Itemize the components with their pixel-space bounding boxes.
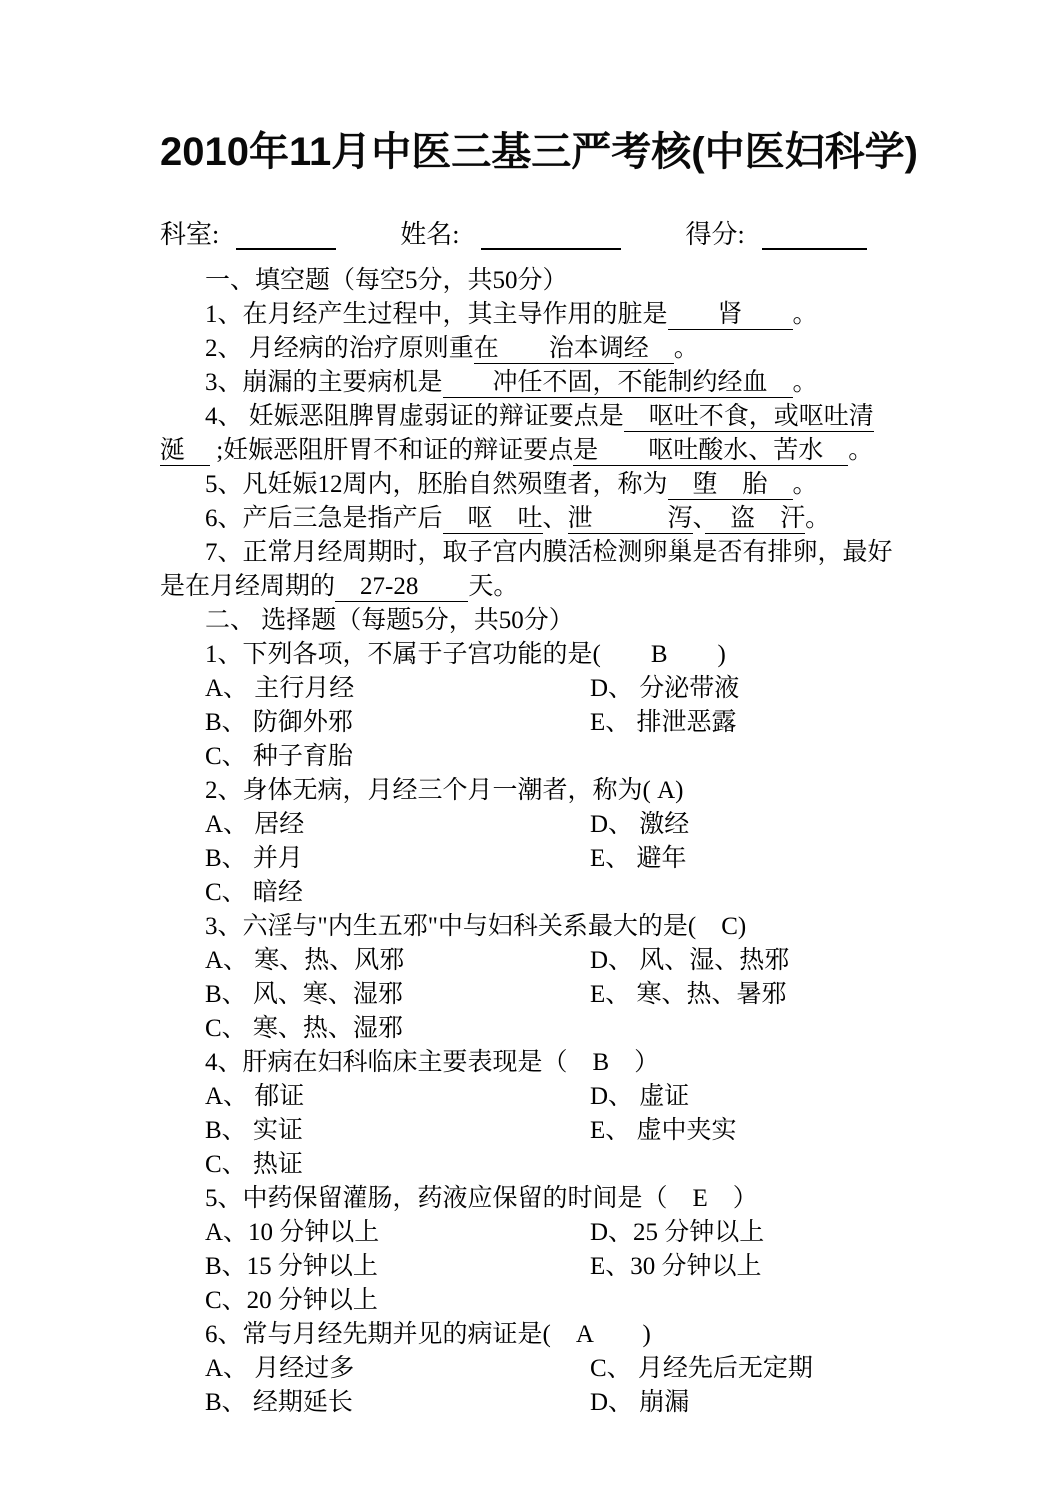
- document-title: 2010年11月中医三基三严考核(中医妇科学): [160, 128, 910, 176]
- choice-q1-row-1: A、 主行月经D、 分泌带液: [160, 672, 910, 706]
- fill-q4-answer-wrap: 涎: [160, 437, 210, 466]
- choice-q2-option-e: E、 避年: [590, 845, 687, 872]
- fill-q4-period: 。: [848, 437, 873, 464]
- fill-q2: 2、 月经病的治疗原则重在 治本调经 。: [160, 332, 910, 366]
- choice-q5-option-c: C、20 分钟以上: [205, 1284, 590, 1318]
- choice-q4-option-a: A、 郁证: [205, 1080, 590, 1114]
- choice-q4-option-b: B、 实证: [205, 1114, 590, 1148]
- choice-q3-option-a: A、 寒、热、风邪: [205, 944, 590, 978]
- choice-q4-row-3: C、 热证: [160, 1148, 910, 1182]
- fill-q3-text: 3、崩漏的主要病机是: [205, 369, 443, 396]
- fill-q2-text: 2、 月经病的治疗原则重: [205, 335, 474, 362]
- choice-q3-option-b: B、 风、寒、湿邪: [205, 978, 590, 1012]
- choice-q2-row-3: C、 暗经: [160, 876, 910, 910]
- fill-q1-period: 。: [793, 301, 818, 328]
- choice-q5-row-1: A、10 分钟以上D、25 分钟以上: [160, 1216, 910, 1250]
- fill-q7-line2: 是在月经周期的 27-28 天。: [160, 570, 910, 604]
- choice-q3-option-e: E、 寒、热、暑邪: [590, 981, 787, 1008]
- fill-q7-answer-blank: 27-28: [335, 573, 468, 602]
- fill-q6-text: 6、产后三急是指产后: [205, 505, 443, 532]
- choice-q2-option-d: D、 激经: [590, 811, 689, 838]
- choice-q5-row-3: C、20 分钟以上: [160, 1284, 910, 1318]
- fill-q6-separator-2: 、: [693, 505, 706, 532]
- choice-q1-stem: 1、下列各项，不属于子宫功能的是( B ): [160, 638, 910, 672]
- fill-q6-answer-blank-1: 呕 吐: [443, 505, 543, 534]
- choice-q1-row-2: B、 防御外邪E、 排泄恶露: [160, 706, 910, 740]
- document-page: 2010年11月中医三基三严考核(中医妇科学) 科室: 姓名: 得分: 一、填空…: [0, 0, 1056, 1493]
- choice-q1-option-a: A、 主行月经: [205, 672, 590, 706]
- choice-q2-row-2: B、 并月E、 避年: [160, 842, 910, 876]
- fill-q6: 6、产后三急是指产后 呕 吐、泄 泻、 盗 汗。: [160, 502, 910, 536]
- fill-q1-answer-blank: 肾: [668, 301, 793, 330]
- choice-q3-row-3: C、 寒、热、湿邪: [160, 1012, 910, 1046]
- choice-q6-option-d: D、 崩漏: [590, 1389, 689, 1416]
- name-blank: [481, 222, 621, 250]
- fill-q7-period: 天。: [468, 573, 518, 600]
- choice-q3-option-d: D、 风、湿、热邪: [590, 947, 789, 974]
- fill-q4-text: 4、 妊娠恶阻脾胃虚弱证的辩证要点是: [205, 403, 624, 430]
- choice-q2-row-1: A、 居经D、 激经: [160, 808, 910, 842]
- fill-q5: 5、凡妊娠12周内，胚胎自然殒堕者，称为 堕 胎 。: [160, 468, 910, 502]
- choice-q5-stem: 5、中药保留灌肠，药液应保留的时间是（ E ）: [160, 1182, 910, 1216]
- fill-q6-separator-1: 、: [543, 505, 568, 532]
- fill-q2-period: 。: [674, 335, 699, 362]
- choice-q4-row-2: B、 实证E、 虚中夹实: [160, 1114, 910, 1148]
- choice-q4-option-e: E、 虚中夹实: [590, 1117, 737, 1144]
- choice-q3-stem: 3、六淫与"内生五邪"中与妇科关系最大的是( C): [160, 910, 910, 944]
- choice-q6-option-a: A、 月经过多: [205, 1352, 590, 1386]
- choice-q2-option-b: B、 并月: [205, 842, 590, 876]
- fill-q6-answer-blank-2: 泄 泻: [568, 505, 693, 534]
- choice-section-heading: 二、 选择题（每题5分，共50分）: [160, 604, 910, 638]
- choice-q5-option-e: E、30 分钟以上: [590, 1253, 762, 1280]
- fill-section-heading: 一、填空题（每空5分，共50分）: [160, 264, 910, 298]
- choice-q3-row-1: A、 寒、热、风邪D、 风、湿、热邪: [160, 944, 910, 978]
- fill-q1: 1、在月经产生过程中，其主导作用的脏是 肾 。: [160, 298, 910, 332]
- fill-q2-answer-blank: 在 治本调经: [474, 335, 674, 364]
- fill-q6-period: 。: [805, 505, 830, 532]
- fill-q7-text: 是在月经周期的: [160, 573, 335, 600]
- fill-q4-line2: 涎 ;妊娠恶阻肝胃不和证的辩证要点是 呕吐酸水、苦水 。: [160, 434, 910, 468]
- choice-q4-row-1: A、 郁证D、 虚证: [160, 1080, 910, 1114]
- dept-blank: [236, 222, 336, 250]
- choice-q3-row-2: B、 风、寒、湿邪E、 寒、热、暑邪: [160, 978, 910, 1012]
- document-body: 一、填空题（每空5分，共50分） 1、在月经产生过程中，其主导作用的脏是 肾 。…: [160, 264, 910, 1420]
- choice-q5-option-b: B、15 分钟以上: [205, 1250, 590, 1284]
- score-label: 得分:: [685, 220, 744, 250]
- dept-label: 科室:: [160, 220, 219, 250]
- choice-q2-option-c: C、 暗经: [205, 876, 590, 910]
- choice-q1-option-d: D、 分泌带液: [590, 675, 739, 702]
- choice-q1-option-c: C、 种子育胎: [205, 740, 590, 774]
- fill-q4-answer-blank-2: 是 呕吐酸水、苦水: [573, 437, 848, 466]
- choice-q5-row-2: B、15 分钟以上E、30 分钟以上: [160, 1250, 910, 1284]
- choice-q5-option-d: D、25 分钟以上: [590, 1219, 764, 1246]
- fill-q3-period: 。: [793, 369, 818, 396]
- name-label: 姓名:: [400, 220, 459, 250]
- choice-q4-stem: 4、肝病在妇科临床主要表现是（ B ）: [160, 1046, 910, 1080]
- fill-q5-text: 5、凡妊娠12周内，胚胎自然殒堕者，称为: [205, 471, 668, 498]
- choice-q6-option-b: B、 经期延长: [205, 1386, 590, 1420]
- choice-q2-option-a: A、 居经: [205, 808, 590, 842]
- fill-q3: 3、崩漏的主要病机是 冲任不固，不能制约经血 。: [160, 366, 910, 400]
- choice-q4-option-c: C、 热证: [205, 1148, 590, 1182]
- fill-q5-period: 。: [793, 471, 818, 498]
- choice-q6-row-2: B、 经期延长D、 崩漏: [160, 1386, 910, 1420]
- fill-q4-line1: 4、 妊娠恶阻脾胃虚弱证的辩证要点是 呕吐不食，或呕吐清: [160, 400, 910, 434]
- fill-q5-answer-blank: 堕 胎: [668, 471, 793, 500]
- choice-q5-option-a: A、10 分钟以上: [205, 1216, 590, 1250]
- choice-q1-option-e: E、 排泄恶露: [590, 709, 737, 736]
- choice-q6-option-c: C、 月经先后无定期: [590, 1355, 813, 1382]
- fill-q3-answer-blank: 冲任不固，不能制约经血: [443, 369, 793, 398]
- header-fields: 科室: 姓名: 得分:: [160, 220, 910, 250]
- choice-q1-option-b: B、 防御外邪: [205, 706, 590, 740]
- fill-q1-text: 1、在月经产生过程中，其主导作用的脏是: [205, 301, 668, 328]
- choice-q1-row-3: C、 种子育胎: [160, 740, 910, 774]
- choice-q3-option-c: C、 寒、热、湿邪: [205, 1012, 590, 1046]
- fill-q7-line1: 7、正常月经周期时，取子宫内膜活检测卵巢是否有排卵，最好: [160, 536, 910, 570]
- choice-q2-stem: 2、身体无病，月经三个月一潮者，称为( A): [160, 774, 910, 808]
- fill-q4-text-2: ;妊娠恶阻肝胃不和证的辩证要点: [210, 437, 573, 464]
- choice-q6-row-1: A、 月经过多C、 月经先后无定期: [160, 1352, 910, 1386]
- fill-q4-answer-blank-1: 呕吐不食，或呕吐清: [624, 403, 874, 432]
- choice-q6-stem: 6、常与月经先期并见的病证是( A ): [160, 1318, 910, 1352]
- score-blank: [762, 222, 867, 250]
- choice-q4-option-d: D、 虚证: [590, 1083, 689, 1110]
- fill-q6-answer-blank-3: 盗 汗: [705, 505, 805, 534]
